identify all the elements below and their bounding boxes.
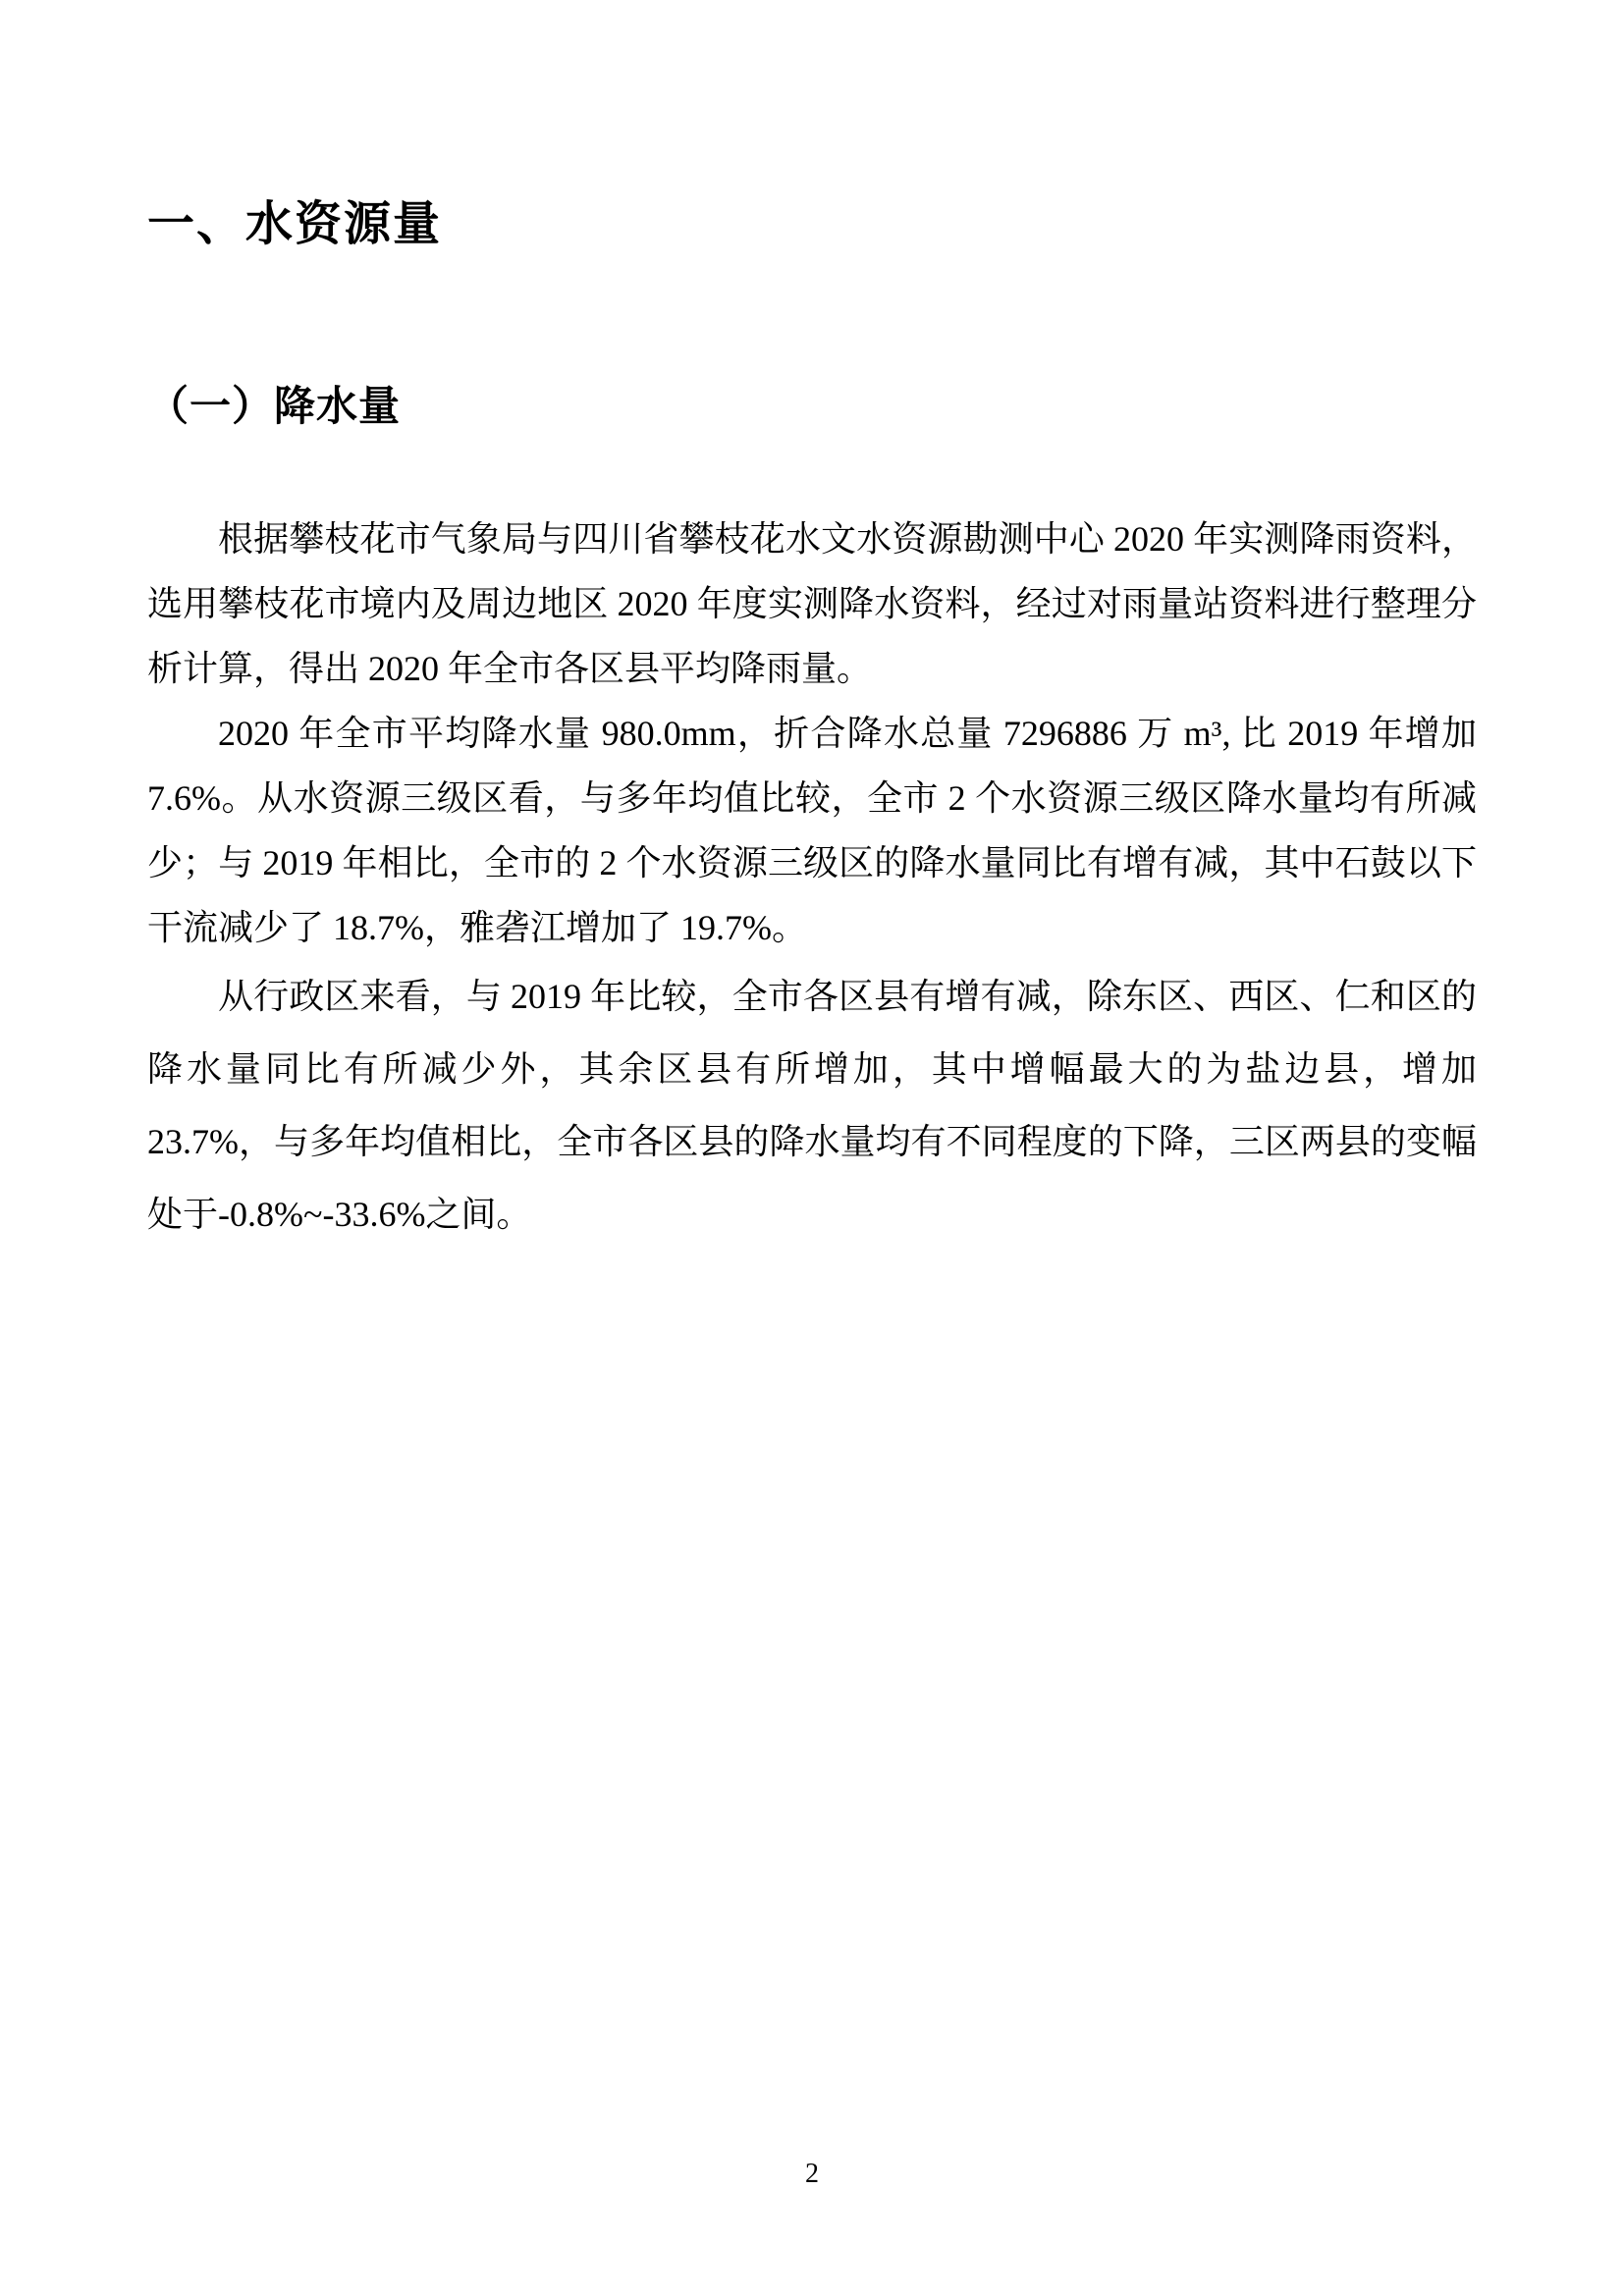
- subsection-heading: （一）降水量: [147, 383, 1477, 432]
- section-heading: 一、水资源量: [147, 196, 1477, 253]
- page-number: 2: [0, 2158, 1624, 2191]
- document-page: 一、水资源量 （一）降水量 根据攀枝花市气象局与四川省攀枝花水文水资源勘测中心 …: [0, 0, 1624, 2296]
- paragraph-administrative-regions: 从行政区来看，与 2019 年比较，全市各区县有增有减，除东区、西区、仁和区的降…: [147, 960, 1477, 1251]
- paragraph-citywide-precipitation: 2020 年全市平均降水量 980.0mm，折合降水总量 7296886 万 m…: [147, 701, 1477, 960]
- paragraph-source-of-data: 根据攀枝花市气象局与四川省攀枝花水文水资源勘测中心 2020 年实测降雨资料，选…: [147, 507, 1477, 701]
